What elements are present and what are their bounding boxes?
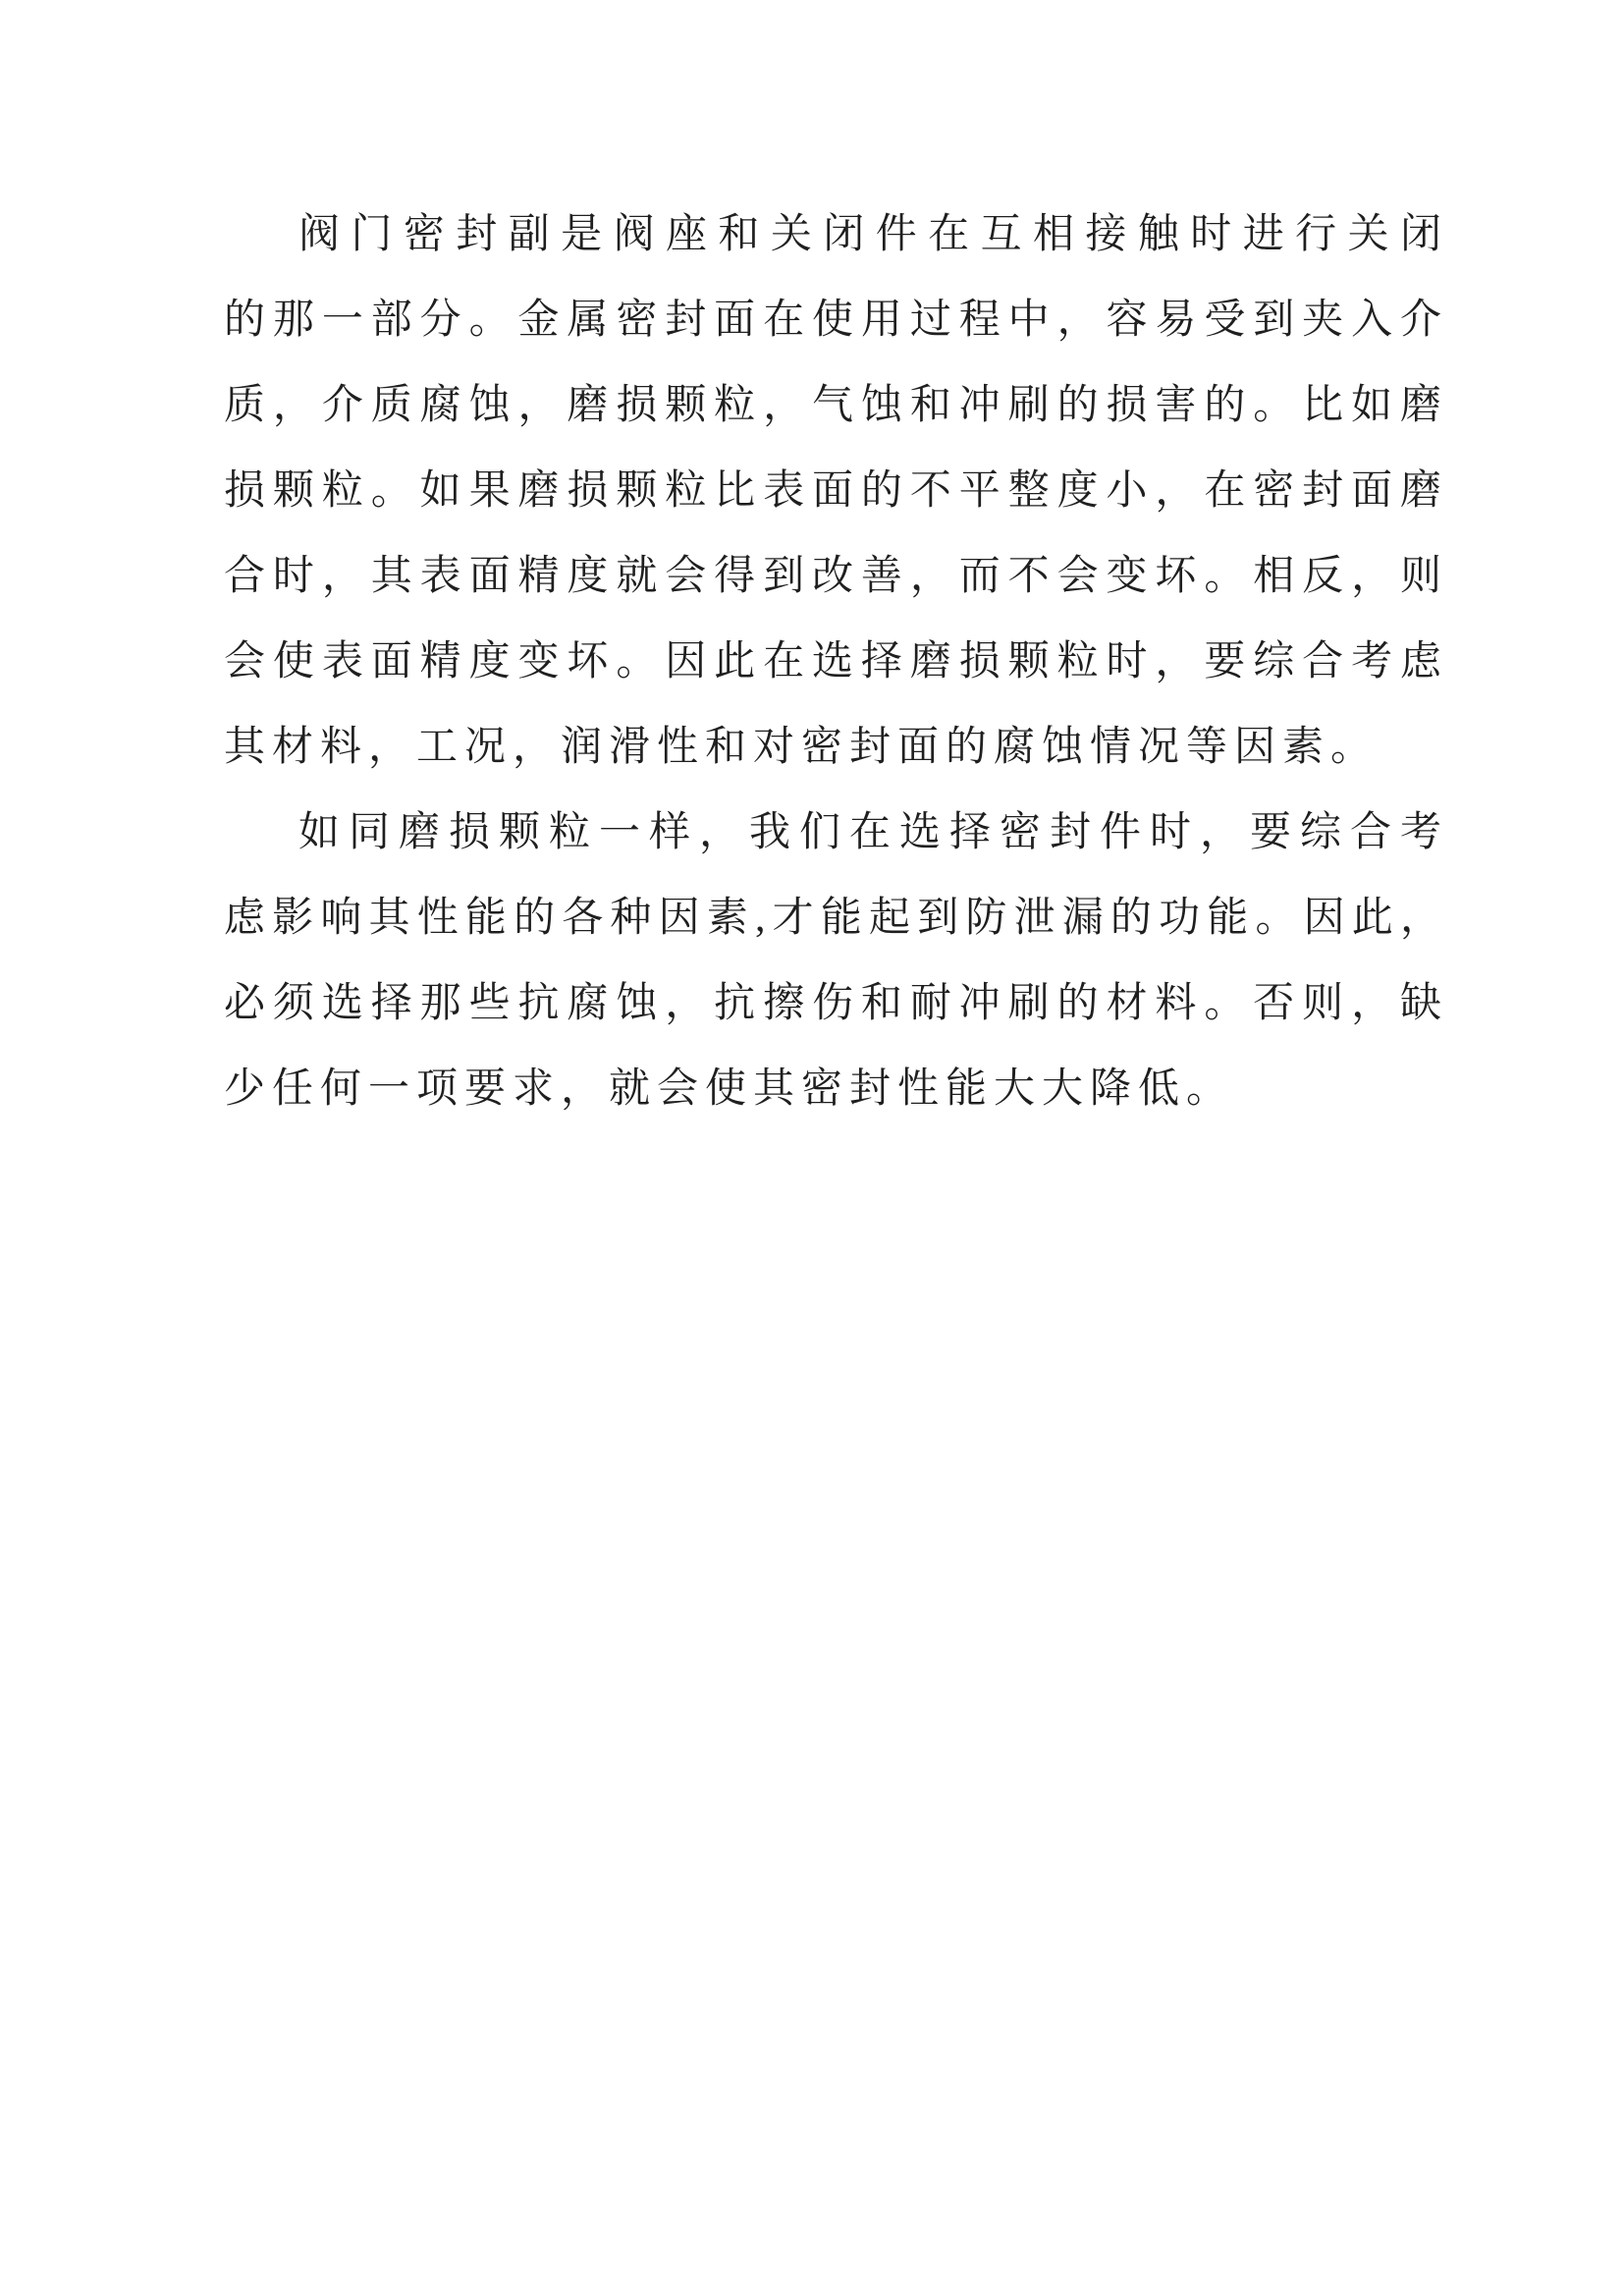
document-page: 阀门密封副是阀座和关闭件在互相接触时进行关闭 的那一部分。金属密封面在使用过程中… [0,0,1623,2296]
text-line: 虑影响其性能的各种因素,才能起到防泄漏的功能。因此， [224,876,1441,961]
text-line: 阀门密封副是阀座和关闭件在互相接触时进行关闭 [224,192,1441,278]
text-line: 如同磨损颗粒一样，我们在选择密封件时，要综合考 [224,791,1441,876]
text-line: 合时，其表面精度就会得到改善，而不会变坏。相反，则 [224,534,1441,620]
document-body: 阀门密封副是阀座和关闭件在互相接触时进行关闭 的那一部分。金属密封面在使用过程中… [224,192,1441,1132]
text-line: 必须选择那些抗腐蚀，抗擦伤和耐冲刷的材料。否则，缺 [224,961,1441,1047]
text-line: 质，介质腐蚀，磨损颗粒，气蚀和冲刷的损害的。比如磨 [224,363,1441,449]
text-line: 的那一部分。金属密封面在使用过程中，容易受到夹入介 [224,278,1441,363]
paragraph-seal-material-selection: 如同磨损颗粒一样，我们在选择密封件时，要综合考 虑影响其性能的各种因素,才能起到… [224,791,1441,1132]
text-line: 损颗粒。如果磨损颗粒比表面的不平整度小，在密封面磨 [224,449,1441,534]
text-line: 会使表面精度变坏。因此在选择磨损颗粒时，要综合考虑 [224,620,1441,705]
text-line: 其材料，工况，润滑性和对密封面的腐蚀情况等因素。 [224,705,1441,791]
text-line: 少任何一项要求，就会使其密封性能大大降低。 [224,1047,1441,1132]
paragraph-valve-seal-intro: 阀门密封副是阀座和关闭件在互相接触时进行关闭 的那一部分。金属密封面在使用过程中… [224,192,1441,791]
